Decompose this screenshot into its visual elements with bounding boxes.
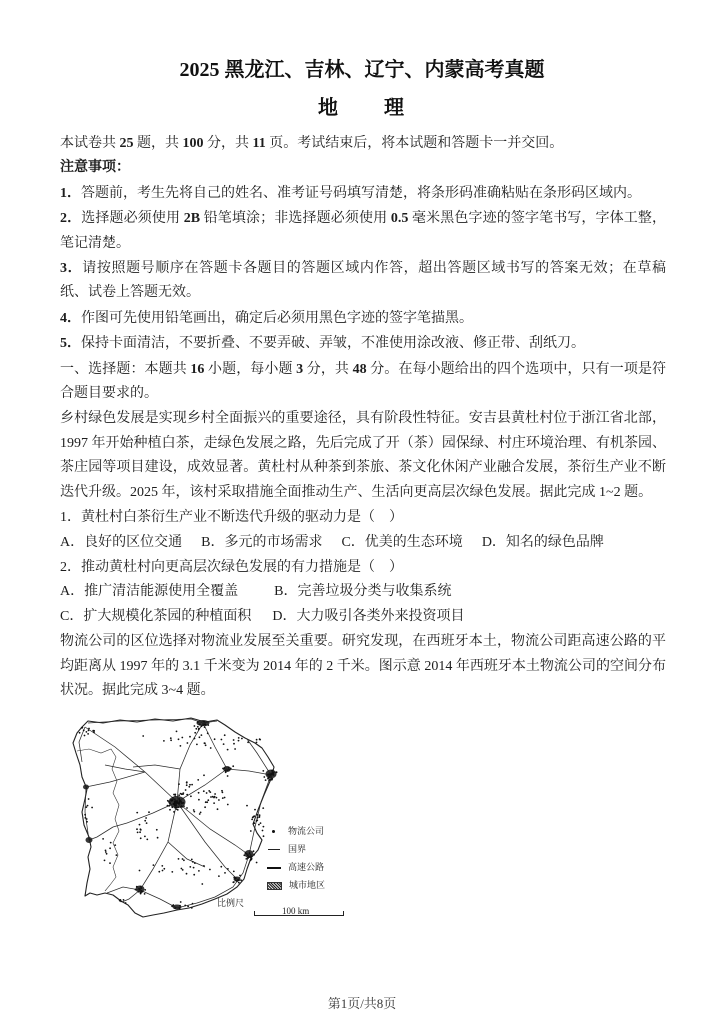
notice-item-3: 3．请按照题号顺序在答题卡各题目的答题区域内作答，超出答题区域书写的答案无效；在…: [60, 257, 666, 306]
notice-item-1: 1．答题前，考生先将自己的姓名、准考证号码填写清楚，将条形码准确粘贴在条形码区域…: [60, 182, 666, 206]
question-2-options-row-2: C．扩大规模化茶园的种植面积 D．大力吸引各类外来投资项目: [60, 605, 666, 629]
question-2-option-d: D．大力吸引各类外来投资项目: [272, 605, 464, 629]
map-legend: 物流公司 国界 高速公路 城市地区: [267, 827, 325, 899]
question-1-option-d: D．知名的绿色品牌: [482, 531, 604, 555]
question-2-option-a: A．推广清洁能源使用全覆盖: [60, 580, 238, 604]
passage-tea: 乡村绿色发展是实现乡村全面振兴的重要途径，具有阶段性特征。安吉县黄杜村位于浙江省…: [60, 407, 666, 505]
legend-item-urban-area: 城市地区: [267, 881, 325, 890]
spain-logistics-map-figure: 物流公司 国界 高速公路 城市地区 比例尺 100 km: [65, 707, 375, 939]
urban-area-symbol: [267, 882, 282, 890]
section-1-heading: 一、选择题：本题共 16 小题，每小题 3 分，共 48 分。在每小题给出的四个…: [60, 358, 666, 407]
scale-label: 比例尺: [217, 891, 244, 915]
question-2-option-c: C．扩大规模化茶园的种植面积: [60, 605, 251, 629]
page-title: 2025 黑龙江、吉林、辽宁、内蒙高考真题: [0, 56, 724, 84]
question-1-option-b: B．多元的市场需求: [201, 531, 322, 555]
paper-info: 本试卷共 25 题，共 100 分，共 11 页。考试结束后，将本试题和答题卡一…: [60, 132, 666, 156]
question-2-option-b: B．完善垃圾分类与收集系统: [274, 580, 451, 604]
question-2-stem: 2．推动黄杜村向更高层次绿色发展的有力措施是（ ）: [60, 556, 666, 580]
subject-title: 地 理: [0, 94, 724, 122]
notice-item-5: 5．保持卡面清洁，不要折叠、不要弄破、弄皱，不准使用涂改液、修正带、刮纸刀。: [60, 332, 666, 356]
page-number: 第1页/共8页: [0, 993, 724, 1012]
document-body: 本试卷共 25 题，共 100 分，共 11 页。考试结束后，将本试题和答题卡一…: [60, 132, 666, 939]
notice-item-2: 2．选择题必须使用 2B 铅笔填涂；非选择题必须使用 0.5 毫米黑色字迹的签字…: [60, 207, 666, 256]
highway-line-symbol: [267, 867, 281, 870]
legend-label: 城市地区: [289, 881, 325, 890]
question-1-option-a: A．良好的区位交通: [60, 531, 182, 555]
notice-heading: 注意事项：: [60, 156, 666, 180]
legend-item-logistics-company: 物流公司: [267, 827, 325, 836]
exam-page: 2025 黑龙江、吉林、辽宁、内蒙高考真题 地 理 本试卷共 25 题，共 10…: [0, 0, 724, 1024]
question-1-option-c: C．优美的生态环境: [341, 531, 462, 555]
notice-item-4: 4．作图可先使用铅笔画出，确定后必须用黑色字迹的签字笔描黑。: [60, 307, 666, 331]
legend-item-highway: 高速公路: [267, 863, 325, 872]
dot-symbol: [272, 830, 275, 833]
passage-logistics: 物流公司的区位选择对物流业发展至关重要。研究发现，在西班牙本土，物流公司距高速公…: [60, 630, 666, 703]
question-1-options: A．良好的区位交通 B．多元的市场需求 C．优美的生态环境 D．知名的绿色品牌: [60, 531, 666, 555]
question-1-stem: 1．黄杜村白茶衍生产业不断迭代升级的驱动力是（ ）: [60, 506, 666, 530]
scale-distance: 100 km: [282, 899, 309, 923]
map-scale: 比例尺 100 km: [217, 891, 344, 915]
legend-label: 国界: [288, 845, 306, 854]
border-line-symbol: [268, 849, 280, 850]
legend-label: 高速公路: [288, 863, 324, 872]
question-2-options-row-1: A．推广清洁能源使用全覆盖 B．完善垃圾分类与收集系统: [60, 580, 666, 604]
legend-item-national-border: 国界: [267, 845, 325, 854]
legend-label: 物流公司: [288, 827, 324, 836]
